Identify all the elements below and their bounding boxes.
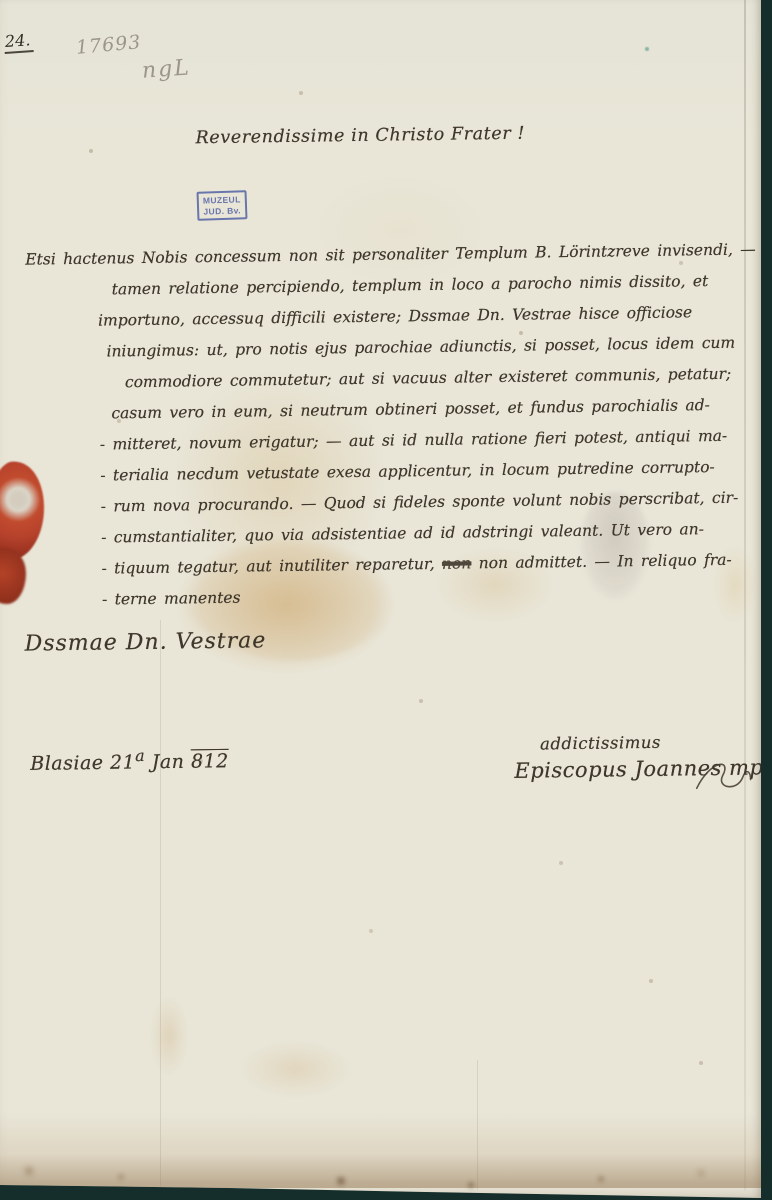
scanned-letter-page: 24. 17693 ngL MUZEUL JUD. Bv. Reverendis… [0, 0, 772, 1200]
closing-formula: Dssmae Dn. Vestrae [24, 628, 266, 656]
dateline: Blasiae 21a Jan 812 [30, 745, 229, 775]
letter-body: Etsi hactenus Nobis concessum non sit pe… [25, 235, 752, 617]
signature-name: Episcopus Joannes [514, 756, 722, 783]
date-place: Blasiae [30, 752, 104, 775]
date-year: 812 [191, 750, 229, 773]
valediction: addictissimus [540, 733, 661, 754]
date-month: Jan [152, 751, 185, 773]
signature-flourish-icon [692, 753, 755, 798]
salutation: Reverendissime in Christo Frater ! [195, 124, 525, 149]
date-day-suffix: a [135, 746, 145, 765]
date-day: 21 [110, 751, 135, 773]
letter-paper: 24. 17693 ngL MUZEUL JUD. Bv. Reverendis… [0, 0, 761, 1200]
strikethrough-word: non [442, 554, 472, 572]
handwritten-text-layer: Reverendissime in Christo Frater ! Etsi … [0, 0, 769, 1200]
